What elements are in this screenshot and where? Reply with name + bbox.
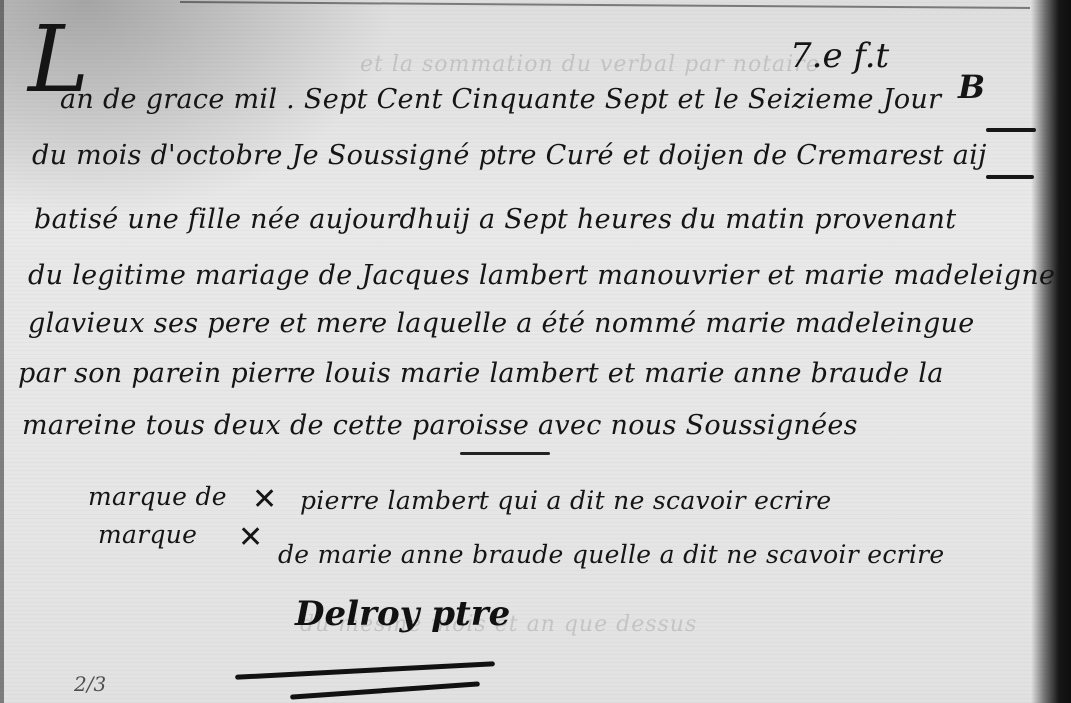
line-filler-dash [986,175,1034,179]
mark-line-1-label: marque de [88,482,227,511]
document-scan: et la sommation du verbal par notaire du… [0,0,1071,703]
cross-mark-icon: ✕ [252,482,277,517]
page-left-edge [0,0,4,703]
priest-signature: Delroy ptre [295,594,510,634]
cross-mark-icon: ✕ [238,520,263,555]
mark-line-2-label: marque [98,520,197,549]
text-line-7: mareine tous deux de cette paroisse avec… [22,410,858,441]
page-right-edge [1031,0,1071,703]
signature-flourish [235,661,495,680]
bleed-through-text: et la sommation du verbal par notaire [360,52,820,77]
underline-stroke [460,452,550,455]
text-line-5: glavieux ses pere et mere laquelle a été… [28,308,975,339]
margin-note: 7.e f.t [790,36,889,76]
mark-line-1-text: pierre lambert qui a dit ne scavoir ecri… [300,486,831,515]
text-line-6: par son parein pierre louis marie lamber… [18,358,944,389]
text-line-3: batisé une fille née aujourdhuij a Sept … [34,204,956,235]
text-line-1: an de grace mil . Sept Cent Cinquante Se… [60,84,941,115]
paraph-mark: B [958,68,985,106]
text-line-2: du mois d'octobre Je Soussigné ptre Curé… [32,140,987,171]
folio-number: 2/3 [74,672,106,696]
line-filler-dash [986,128,1036,132]
signature-flourish [290,681,480,699]
text-line-4: du legitime mariage de Jacques lambert m… [28,260,1055,291]
top-rule-line [180,1,1030,9]
mark-line-2-text: de marie anne braude quelle a dit ne sca… [278,540,945,569]
